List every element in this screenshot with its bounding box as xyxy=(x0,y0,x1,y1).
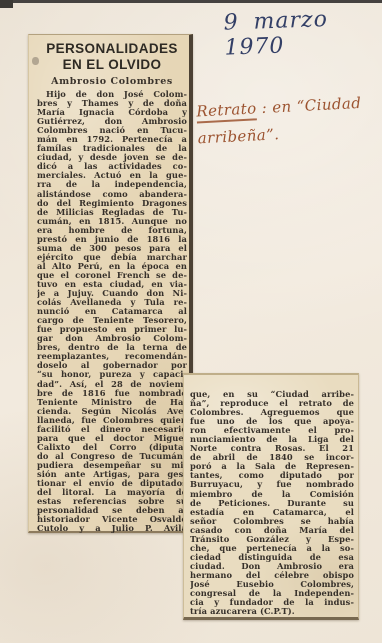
article-line: ejército que debía marchar xyxy=(37,253,187,262)
article-line: rra de la independencia, xyxy=(37,180,187,189)
article-line: mán en 1792. Pertenecía a xyxy=(37,135,187,144)
article-line: nunció en Catamarca al xyxy=(37,307,187,316)
article-line: sión ante Artigas, para ges- xyxy=(37,470,187,479)
article-line: ña”, reproduce el retrato de xyxy=(190,399,354,408)
article-line: prestó en junio de 1816 la xyxy=(37,235,187,244)
article-column-2: que, en su “Ciudad arribe-ña”, reproduce… xyxy=(190,390,354,616)
note-underlined-word: Retrato xyxy=(196,99,257,123)
article-line: Calixto del Corro (diputa- xyxy=(37,443,187,452)
article-line: merciales. Actuó en la gue- xyxy=(37,171,187,180)
article-line: Hijo de don José Colom- xyxy=(37,90,187,99)
article-line: Cutolo y a Julio P. Avila xyxy=(37,524,187,533)
article-column-1: Hijo de don José Colom-bres y Thames y d… xyxy=(37,90,187,533)
article-line: estas referencias sobre su xyxy=(37,497,187,506)
article-line: Colombres. Agreguemos que xyxy=(190,408,354,417)
article-line: dad”. Así, el 28 de noviem- xyxy=(37,380,187,389)
article-line: hermano del célebre obispo xyxy=(190,571,354,580)
article-line: poró a la Sala de Represen- xyxy=(190,462,354,471)
article-line: congresal de la Independen- xyxy=(190,589,354,598)
article-line: fue uno de los que apoya- xyxy=(190,417,354,426)
article-line: cienda. Según Nicolás Ave- xyxy=(37,407,187,416)
article-line: facilitó el dinero necesario xyxy=(37,425,187,434)
article-line: reemplazantes, recomendán- xyxy=(37,352,187,361)
article-line: tionar el envío de diputados xyxy=(37,479,187,488)
article-line: miembro de la Comisión xyxy=(190,490,354,499)
newspaper-clipping-column-1: PERSONALIDADES EN EL OLVIDO Ambrosio Col… xyxy=(28,34,193,533)
article-line: nunciamiento de la Liga del xyxy=(190,435,354,444)
scrapbook-page: 9 marzo 1970 Retrato : en “Ciudad arribe… xyxy=(0,0,382,643)
article-line: Tránsito González y Espe- xyxy=(190,535,354,544)
article-line: historiador Vicente Osvaldo xyxy=(37,515,187,524)
article-line: para que el doctor Miguel xyxy=(37,434,187,443)
article-line: alistándose como abandera- xyxy=(37,190,187,199)
article-subtitle: Ambrosio Colombres xyxy=(37,76,187,87)
article-line: tantes, como diputado por xyxy=(190,471,354,480)
article-line: “su honor, pureza y capaci- xyxy=(37,370,187,379)
article-line: tría azucarera (C.P.T). xyxy=(190,607,354,616)
article-line: dicó a las actividades co- xyxy=(37,162,187,171)
article-line: de Milicias Regladas de Tu- xyxy=(37,208,187,217)
article-title-line-2: EN EL OLVIDO xyxy=(37,57,187,73)
handwritten-note: Retrato : en “Ciudad arribeña”. xyxy=(196,90,369,153)
scan-edge-top xyxy=(0,0,382,3)
article-line: José Eusebio Colombres, xyxy=(190,580,354,589)
article-line: cia y fundador de la indus- xyxy=(190,598,354,607)
article-line: ciedad distinguida de esa xyxy=(190,553,354,562)
article-title: PERSONALIDADES EN EL OLVIDO xyxy=(37,41,187,73)
article-line: suma de 300 pesos para el xyxy=(37,244,187,253)
article-line: que el coronel French se de- xyxy=(37,271,187,280)
article-line: do al Congreso de Tucumán) xyxy=(37,452,187,461)
article-line: do del Regimiento Dragones xyxy=(37,199,187,208)
article-line: gar don Ambrosio Colom- xyxy=(37,334,187,343)
handwritten-date: 9 marzo 1970 xyxy=(223,5,375,60)
article-line: tuvo en esta ciudad, en via- xyxy=(37,280,187,289)
article-line: Colombres nació en Tucu- xyxy=(37,126,187,135)
article-line: que, en su “Ciudad arribe- xyxy=(190,390,354,399)
article-line: famílas tradicionales de la xyxy=(37,144,187,153)
newspaper-clipping-column-2: que, en su “Ciudad arribe-ña”, reproduce… xyxy=(183,373,359,620)
scan-edge-corner xyxy=(0,0,13,8)
article-line: doselo al gobernador por xyxy=(37,361,187,370)
article-line: bre de 1816 fue nombrado xyxy=(37,389,187,398)
article-line: Teniente Ministro de Ha- xyxy=(37,398,187,407)
article-line: bres y Thames y de doña xyxy=(37,99,187,108)
article-line: cargo de Teniente Tesorero, xyxy=(37,316,187,325)
article-line: era hombre de fortuna, xyxy=(37,226,187,235)
article-line: casado con doña María del xyxy=(190,526,354,535)
article-line: ciudad. Don Ambrosio era xyxy=(190,562,354,571)
article-line: Gutiérrez, don Ambrosio xyxy=(37,117,187,126)
article-title-line-1: PERSONALIDADES xyxy=(37,41,187,57)
article-line: personalidad se deben al xyxy=(37,506,187,515)
article-line: cumán, en 1815. Aunque no xyxy=(37,217,187,226)
article-line: fue propuesto en primer lu- xyxy=(37,325,187,334)
article-line: colás Avellaneda y Tula re- xyxy=(37,298,187,307)
article-line: ciudad, y desde joven se de- xyxy=(37,153,187,162)
ink-smudge xyxy=(32,57,39,65)
article-line: estadía en Catamarca, el xyxy=(190,508,354,517)
article-line: Burruyacu, y fue nombrado xyxy=(190,480,354,489)
article-line: llaneda, fue Colombres quien xyxy=(37,416,187,425)
article-line: ron efectivamente el pro- xyxy=(190,426,354,435)
note-line1-rest: : en “Ciudad xyxy=(256,94,362,117)
article-line: de abril de 1840 se incor- xyxy=(190,453,354,462)
article-line: María Ignacia Córdoba y xyxy=(37,108,187,117)
article-line: je a Jujuy. Cuando don Ni- xyxy=(37,289,187,298)
article-line: del litoral. La mayoría de xyxy=(37,488,187,497)
article-line: al Alto Perú, en la época en xyxy=(37,262,187,271)
article-line: Norte contra Rosas. El 21 xyxy=(190,444,354,453)
article-line: bres, dentro de la terna de xyxy=(37,343,187,352)
article-line: che, que pertenecía a la so- xyxy=(190,544,354,553)
article-line: pudiera desempeñar su mi- xyxy=(37,461,187,470)
article-line: señor Colombres se había xyxy=(190,517,354,526)
article-line: de Peticiones. Durante su xyxy=(190,499,354,508)
